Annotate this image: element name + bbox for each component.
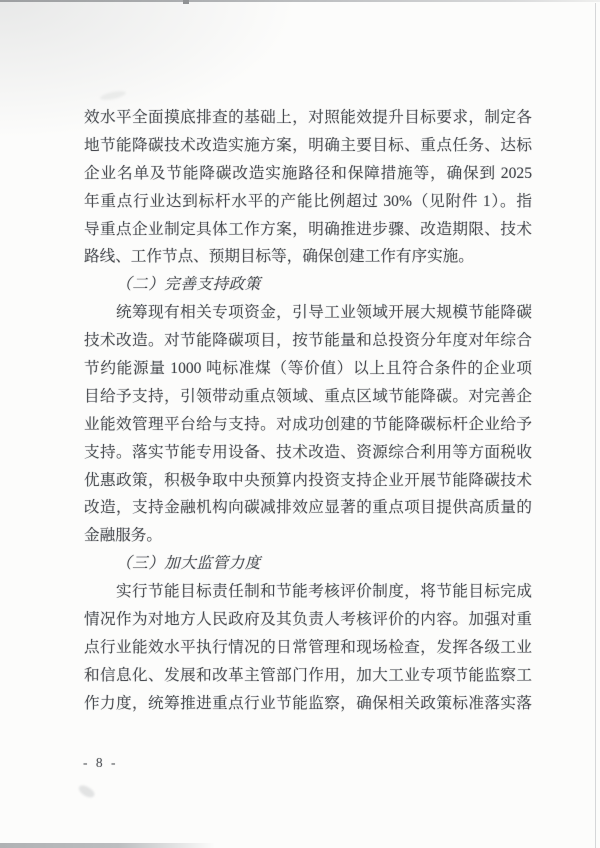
text-line: 金融服务。 bbox=[84, 522, 532, 550]
text-line: 改造，支持金融机构向碳减排效应显著的重点项目提供高质量的 bbox=[84, 494, 532, 522]
scan-edge-bottom-shadow bbox=[0, 843, 215, 848]
text-line: 地节能降碳技术改造实施方案，明确主要目标、重点任务、达标 bbox=[84, 132, 532, 160]
text-line: 实行节能目标责任制和节能考核评价制度，将节能目标完成 bbox=[84, 578, 532, 606]
text-line: 节约能源量 1000 吨标准煤（等价值）以上且符合条件的企业项 bbox=[84, 355, 532, 383]
text-line: 业能效管理平台给与支持。对成功创建的节能降碳标杆企业给予 bbox=[84, 411, 532, 439]
scan-smudge bbox=[77, 783, 96, 800]
text-line: 技术改造。对节能降碳项目，按节能量和总投资分年度对年综合 bbox=[84, 327, 532, 355]
text-line: 效水平全面摸底排查的基础上，对照能效提升目标要求，制定各 bbox=[84, 104, 532, 132]
text-line: 年重点行业达到标杆水平的产能比例超过 30%（见附件 1）。指 bbox=[84, 188, 532, 216]
scan-edge-right bbox=[595, 3, 596, 848]
text-line: 企业名单及节能降碳改造实施路径和保障措施等，确保到 2025 bbox=[84, 160, 532, 188]
text-line: 统筹现有相关专项资金，引导工业领域开展大规模节能降碳 bbox=[84, 299, 532, 327]
text-line: 作力度，统筹推进重点行业节能监察，确保相关政策标准落实落 bbox=[84, 690, 532, 718]
text-line: 路线、工作节点、预期目标等，确保创建工作有序实施。 bbox=[84, 243, 532, 271]
text-line: 情况作为对地方人民政府及其负责人考核评价的内容。加强对重 bbox=[84, 606, 532, 634]
text-line: 优惠政策，积极争取中央预算内投资支持企业开展节能降碳技术 bbox=[84, 467, 532, 495]
text-line: 导重点企业制定具体工作方案，明确推进步骤、改造期限、技术 bbox=[84, 216, 532, 244]
text-line: 和信息化、发展和改革主管部门作用，加大工业专项节能监察工 bbox=[84, 662, 532, 690]
section-heading: （三）加大监管力度 bbox=[84, 550, 532, 578]
page-number: - 8 - bbox=[83, 755, 118, 771]
text-line: 点行业能效水平执行情况的日常管理和现场检查，发挥各级工业 bbox=[84, 634, 532, 662]
document-page: 效水平全面摸底排查的基础上，对照能效提升目标要求，制定各地节能降碳技术改造实施方… bbox=[0, 0, 600, 848]
text-line: 支持。落实节能专用设备、技术改造、资源综合利用等方面税收 bbox=[84, 439, 532, 467]
text-block: 效水平全面摸底排查的基础上，对照能效提升目标要求，制定各地节能降碳技术改造实施方… bbox=[84, 104, 532, 718]
section-heading: （二）完善支持政策 bbox=[84, 271, 532, 299]
text-line: 目给予支持，引领带动重点领域、重点区域节能降碳。对完善企 bbox=[84, 383, 532, 411]
